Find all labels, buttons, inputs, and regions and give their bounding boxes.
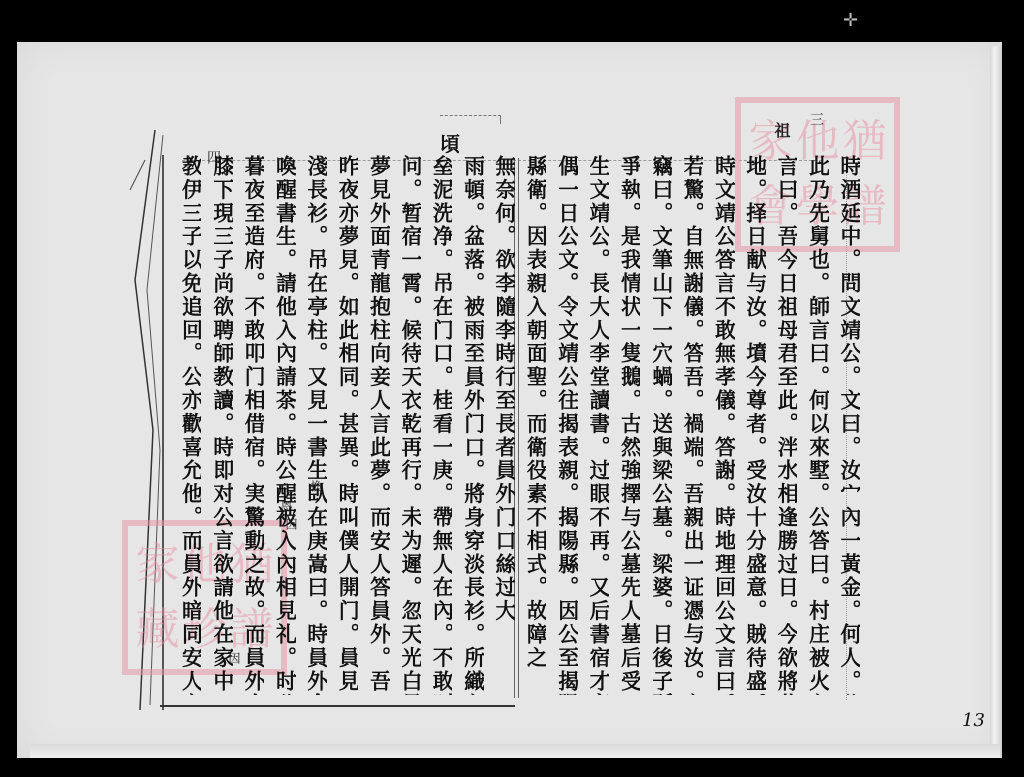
frame-bottom-line bbox=[160, 705, 515, 707]
text-column-5: 時文靖公答言不敢無孝儀。答謝。時地理回公文言曰。汝 bbox=[703, 155, 734, 695]
margin-note-yin-2: 因 bbox=[226, 652, 243, 664]
page-number: 13 bbox=[962, 710, 985, 731]
text-column-3: 言曰。吾今日祖母君至此。泮水相逢勝过日。今欲將此吉 bbox=[766, 155, 797, 695]
text-column-11: 縣衛。因表親入朝面聖。而衛役素不相式。故障之 bbox=[515, 155, 546, 695]
text-column-6: 若驚。自無謝儀。答吾。禍端。吾親出一证憑与汝。立吾親筆。 bbox=[672, 155, 703, 695]
text-column-7: 竊曰。文筆山下一穴蝸。送與梁公墓。梁婆。日後子孫若 bbox=[640, 155, 671, 695]
text-column-12: 無奈何。欲李隨李時行至長者員外门口絲过大 bbox=[484, 155, 515, 695]
margin-note-yin: 因 bbox=[283, 518, 300, 530]
text-column-14: 垒泥洗净。吊在门口。桂看一庚。帶無人在內。不敢叫门言 bbox=[421, 155, 452, 695]
header-bracket bbox=[440, 115, 501, 124]
page-edge bbox=[990, 46, 1002, 758]
page-header-title: 頃 bbox=[440, 128, 460, 157]
text-column-16: 夢見外面青龍抱柱向妾人言此夢。而安人答員外。吾 bbox=[358, 155, 389, 695]
section-number-right: 三 bbox=[806, 112, 826, 126]
text-column-21: 膝下現三子尚欲聘師教讀。時即对公言欲請他在家中 bbox=[201, 155, 232, 695]
text-column-20: 暮夜至造府。不敢叩门相借宿。実驚動之故。而員外自思 bbox=[233, 155, 264, 695]
page-bottom-edge bbox=[30, 744, 1000, 758]
margin-note-zu: 祖 bbox=[770, 122, 793, 138]
manuscript-text-columns: 時酒延中。問文靖公。文曰。汝宀內一黃金。何人。公文答曰。 此乃先舅也。師言曰。何… bbox=[170, 155, 860, 695]
text-column-10: 偶一日公文。令文靖公往揭表親。揭陽縣。因公至揭陽縣到 bbox=[546, 155, 577, 695]
text-column-4: 地。择日献与汝。墳今尊者。受汝十分盛意。賊待盛。 bbox=[735, 155, 766, 695]
text-column-8: 爭執。是我情状一隻鵝。古然強擇与公墓先人墓后受 bbox=[609, 155, 640, 695]
text-column-2: 此乃先舅也。師言曰。何以來墅。公答曰。村庄被火之故地師 bbox=[797, 155, 828, 695]
text-column-22: 教伊三子以免追回。公亦歡喜允他。而員外暗同安人言咱 bbox=[170, 155, 201, 695]
text-column-19: 喚醒書生。請他入內請茶。時公醒被入內相見礼。时公應他 bbox=[264, 155, 295, 695]
text-column-18: 淺長衫。吊在亭柱。又見一書生臥在庚嵩曰。時員外令他 bbox=[296, 155, 327, 695]
text-column-13: 雨頓。盆落。被雨至員外门口。將身穿淡長衫。所織之 bbox=[452, 155, 483, 695]
text-column-9: 生文靖公。長大人李堂讀書。过眼不再。又后書宿才高。 bbox=[578, 155, 609, 695]
margin-note-en: 恩 bbox=[278, 500, 295, 512]
film-registration-mark: ✛ bbox=[843, 12, 858, 30]
text-column-15: 问。暂宿一霄。候待天衣乾再行。未为遲。忽天光白員外 bbox=[390, 155, 421, 695]
text-column-1: 時酒延中。問文靖公。文曰。汝宀內一黃金。何人。公文答曰。 bbox=[829, 155, 860, 695]
margin-note-huan: 換 bbox=[308, 480, 325, 492]
text-column-17: 昨夜亦夢見。如此相同。甚異。時叫僕人開门。員見一長 bbox=[327, 155, 358, 695]
